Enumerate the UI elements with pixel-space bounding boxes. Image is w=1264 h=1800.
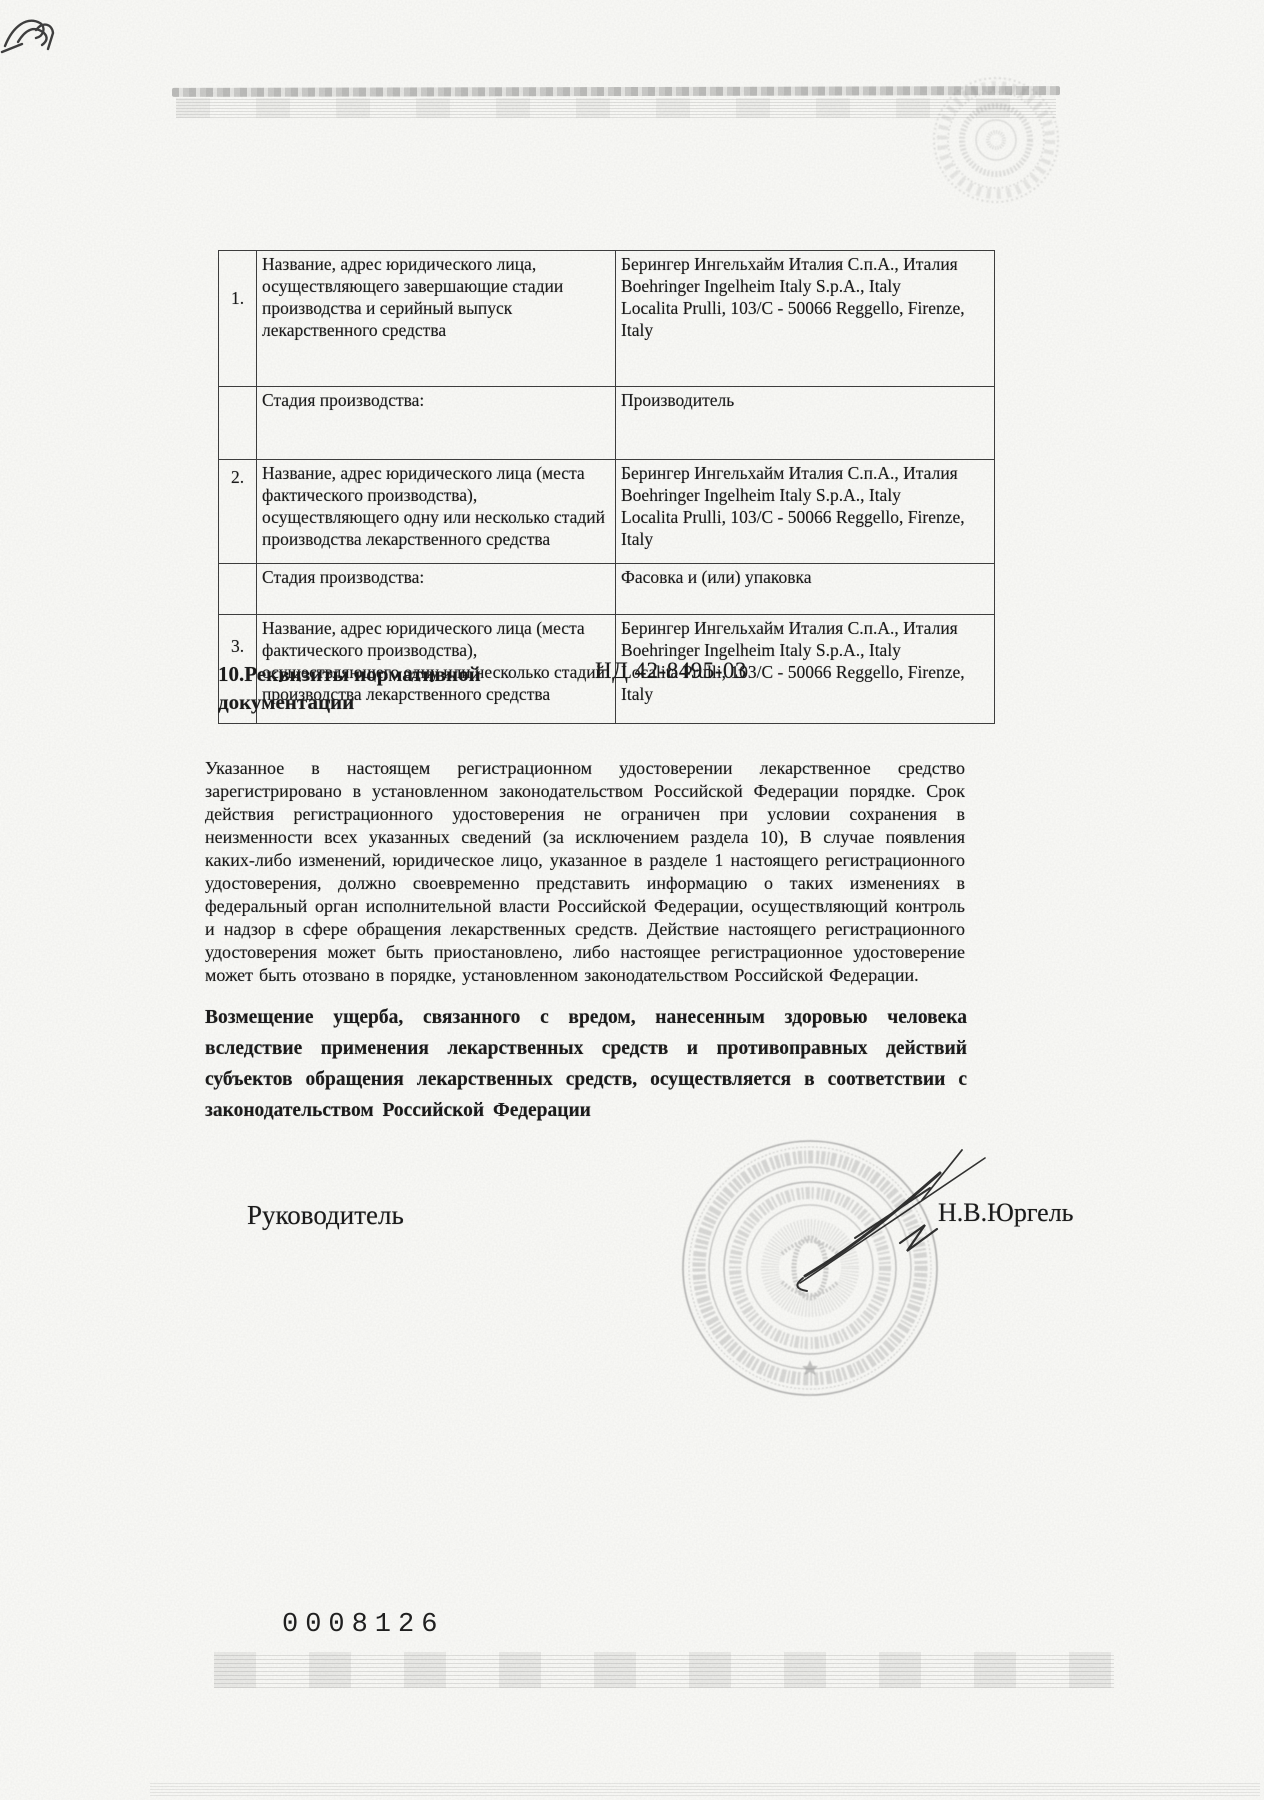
value-line: Localita Prulli, 103/C - 50066 Reggello,… [621,506,989,528]
serial-number: 0008126 [282,1610,444,1640]
legal-paragraph-2: Возмещение ущерба, связанного с вредом, … [205,1002,967,1126]
value-line: Boehringer Ingelheim Italy S.p.A., Italy [621,275,989,297]
watermark-rosette [928,66,1073,221]
role-label: Руководитель [247,1200,404,1231]
row-label: Стадия производства: [257,564,616,615]
row-value: Берингер Ингельхайм Италия С.п.А., Итали… [616,460,995,564]
value-line: Производитель [621,389,989,411]
bottom-edge-texture [150,1782,1260,1796]
scanned-certificate-page: { "colors": { "ink": "#1b1b1b", "stamp":… [0,0,1264,1800]
row-number [219,564,257,615]
value-line: Italy [621,319,989,341]
table-row: Стадия производства: Производитель [219,387,995,460]
legal-paragraph-1: Указанное в настоящем регистрационном уд… [205,757,965,987]
guilloche-strip-texture [176,98,1056,118]
table-row: Стадия производства: Фасовка и (или) упа… [219,564,995,615]
row-number: 1. [219,251,257,387]
row-number [219,387,257,460]
row-value: Берингер Ингельхайм Италия С.п.А., Итали… [616,251,995,387]
manufacturer-table: 1. Название, адрес юридического лица, ос… [218,250,995,724]
value-line: Фасовка и (или) упаковка [621,566,989,588]
bottom-guilloche-strip [214,1652,1114,1688]
row-label: Название, адрес юридического лица (места… [257,460,616,564]
row-number: 2. [219,460,257,564]
row-value: Производитель [616,387,995,460]
handwritten-signature [700,1128,1030,1328]
row-label: Стадия производства: [257,387,616,460]
guilloche-strip-dark [172,86,1060,97]
table-row: 1. Название, адрес юридического лица, ос… [219,251,995,387]
pen-scribble-mark [0,0,90,75]
value-line: Italy [621,683,989,705]
table-row: 2. Название, адрес юридического лица (ме… [219,460,995,564]
value-line: Берингер Ингельхайм Италия С.п.А., Итали… [621,253,989,275]
value-line: Берингер Ингельхайм Италия С.п.А., Итали… [621,617,989,639]
value-line: Localita Prulli, 103/C - 50066 Reggello,… [621,297,989,319]
row-value: Фасовка и (или) упаковка [616,564,995,615]
section-10-value: НД 42-8495-03 [595,658,747,684]
value-line: Берингер Ингельхайм Италия С.п.А., Итали… [621,462,989,484]
row-label: Название, адрес юридического лица, осуще… [257,251,616,387]
section-10-heading: 10.Реквизиты нормативной документации [218,660,530,716]
value-line: Boehringer Ingelheim Italy S.p.A., Italy [621,484,989,506]
value-line: Italy [621,528,989,550]
